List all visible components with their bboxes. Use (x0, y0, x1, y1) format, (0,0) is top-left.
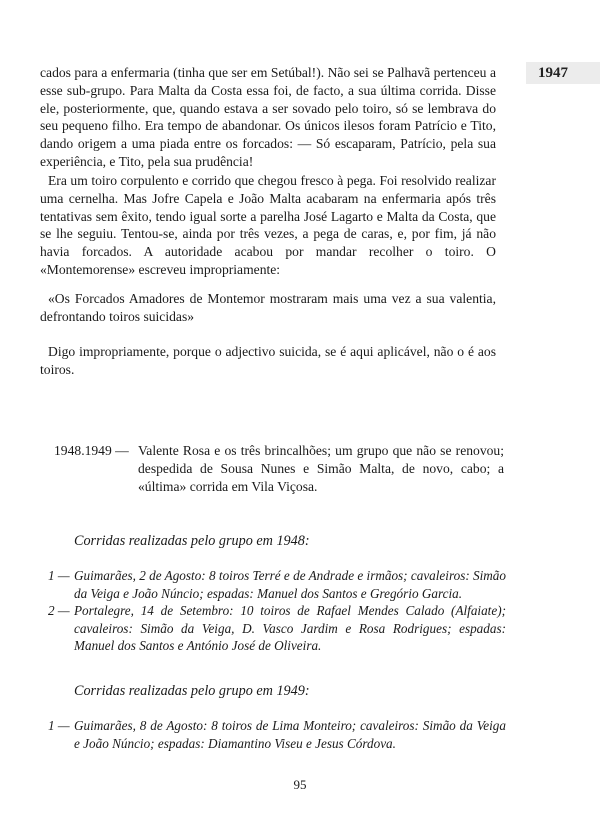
corridas-1949-list: 1 — Guimarães, 8 de Agosto: 8 toiros de … (48, 717, 506, 752)
item-text: Portalegre, 14 de Setembro: 10 toiros de… (74, 602, 506, 655)
section-years: 1948.1949 — (54, 442, 138, 495)
item-number: 1 — (48, 567, 74, 602)
book-page: 1947 cados para a enfermaria (tinha que … (0, 0, 600, 833)
paragraph-3: Digo impropriamente, porque o adjectivo … (40, 343, 496, 379)
corridas-1948-heading: Corridas realizadas pelo grupo em 1948: (74, 533, 310, 550)
section-heading: 1948.1949 — Valente Rosa e os três brinc… (54, 442, 504, 495)
corridas-1949-heading: Corridas realizadas pelo grupo em 1949: (74, 683, 310, 700)
corridas-1948-list: 1 — Guimarães, 2 de Agosto: 8 toiros Ter… (48, 567, 506, 655)
item-number: 2 — (48, 602, 74, 655)
list-item: 1 — Guimarães, 2 de Agosto: 8 toiros Ter… (48, 567, 506, 602)
list-item: 2 — Portalegre, 14 de Setembro: 10 toiro… (48, 602, 506, 655)
paragraph-1: cados para a enfermaria (tinha que ser e… (40, 64, 496, 171)
page-number: 95 (0, 777, 600, 793)
item-text: Guimarães, 2 de Agosto: 8 toiros Terré e… (74, 567, 506, 602)
item-text: Guimarães, 8 de Agosto: 8 toiros de Lima… (74, 717, 506, 752)
margin-year-tab: 1947 (526, 62, 600, 84)
section-title: Valente Rosa e os três brincalhões; um g… (138, 442, 504, 495)
newspaper-quote: «Os Forcados Amadores de Montemor mostra… (40, 290, 496, 326)
list-item: 1 — Guimarães, 8 de Agosto: 8 toiros de … (48, 717, 506, 752)
paragraph-2: Era um toiro corpulento e corrido que ch… (40, 172, 496, 279)
item-number: 1 — (48, 717, 74, 752)
